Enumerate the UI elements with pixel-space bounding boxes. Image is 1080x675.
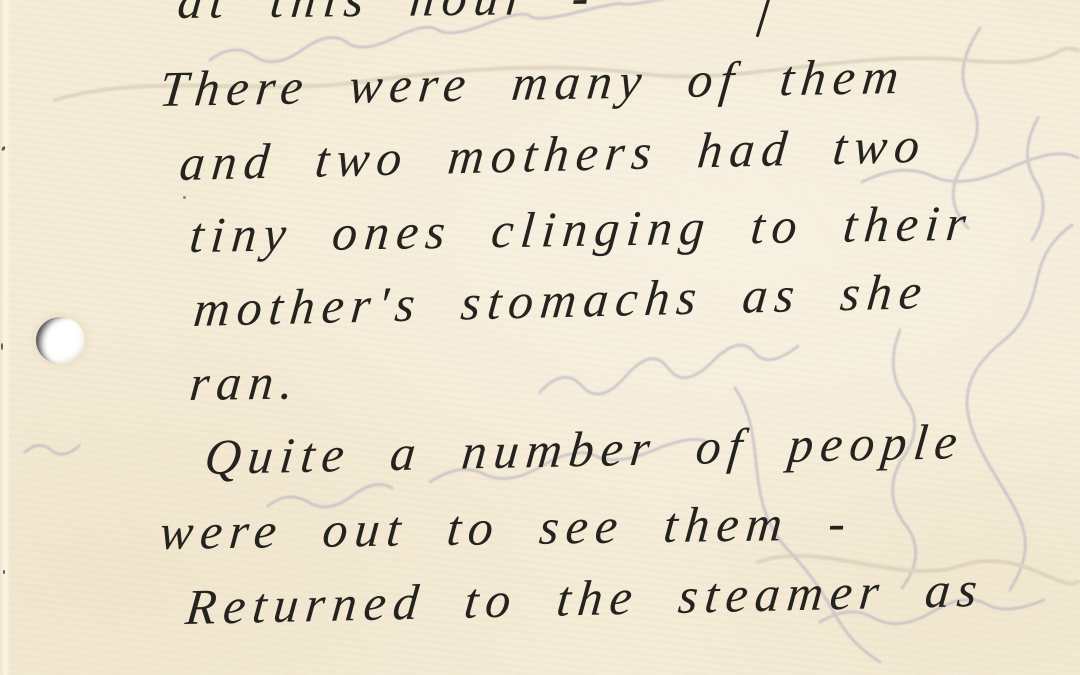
bleed-stroke: [1027, 118, 1043, 240]
bleed-stroke: [25, 445, 79, 454]
bleed-stroke: [967, 225, 1072, 590]
handwriting-line-8: were out to see them -: [157, 495, 854, 560]
handwriting-line-6: ran.: [187, 354, 302, 411]
paper-speck: [3, 570, 5, 574]
bleed-stroke: [540, 345, 798, 394]
paper-speck: [1, 343, 3, 350]
paper-edge: [0, 0, 10, 675]
handwriting-line-1: at this hour -: [175, 0, 598, 29]
letter-page-scan: at this hour - There were many of them a…: [0, 0, 1080, 675]
punch-hole: [36, 317, 85, 364]
paper-speck: [183, 196, 186, 199]
